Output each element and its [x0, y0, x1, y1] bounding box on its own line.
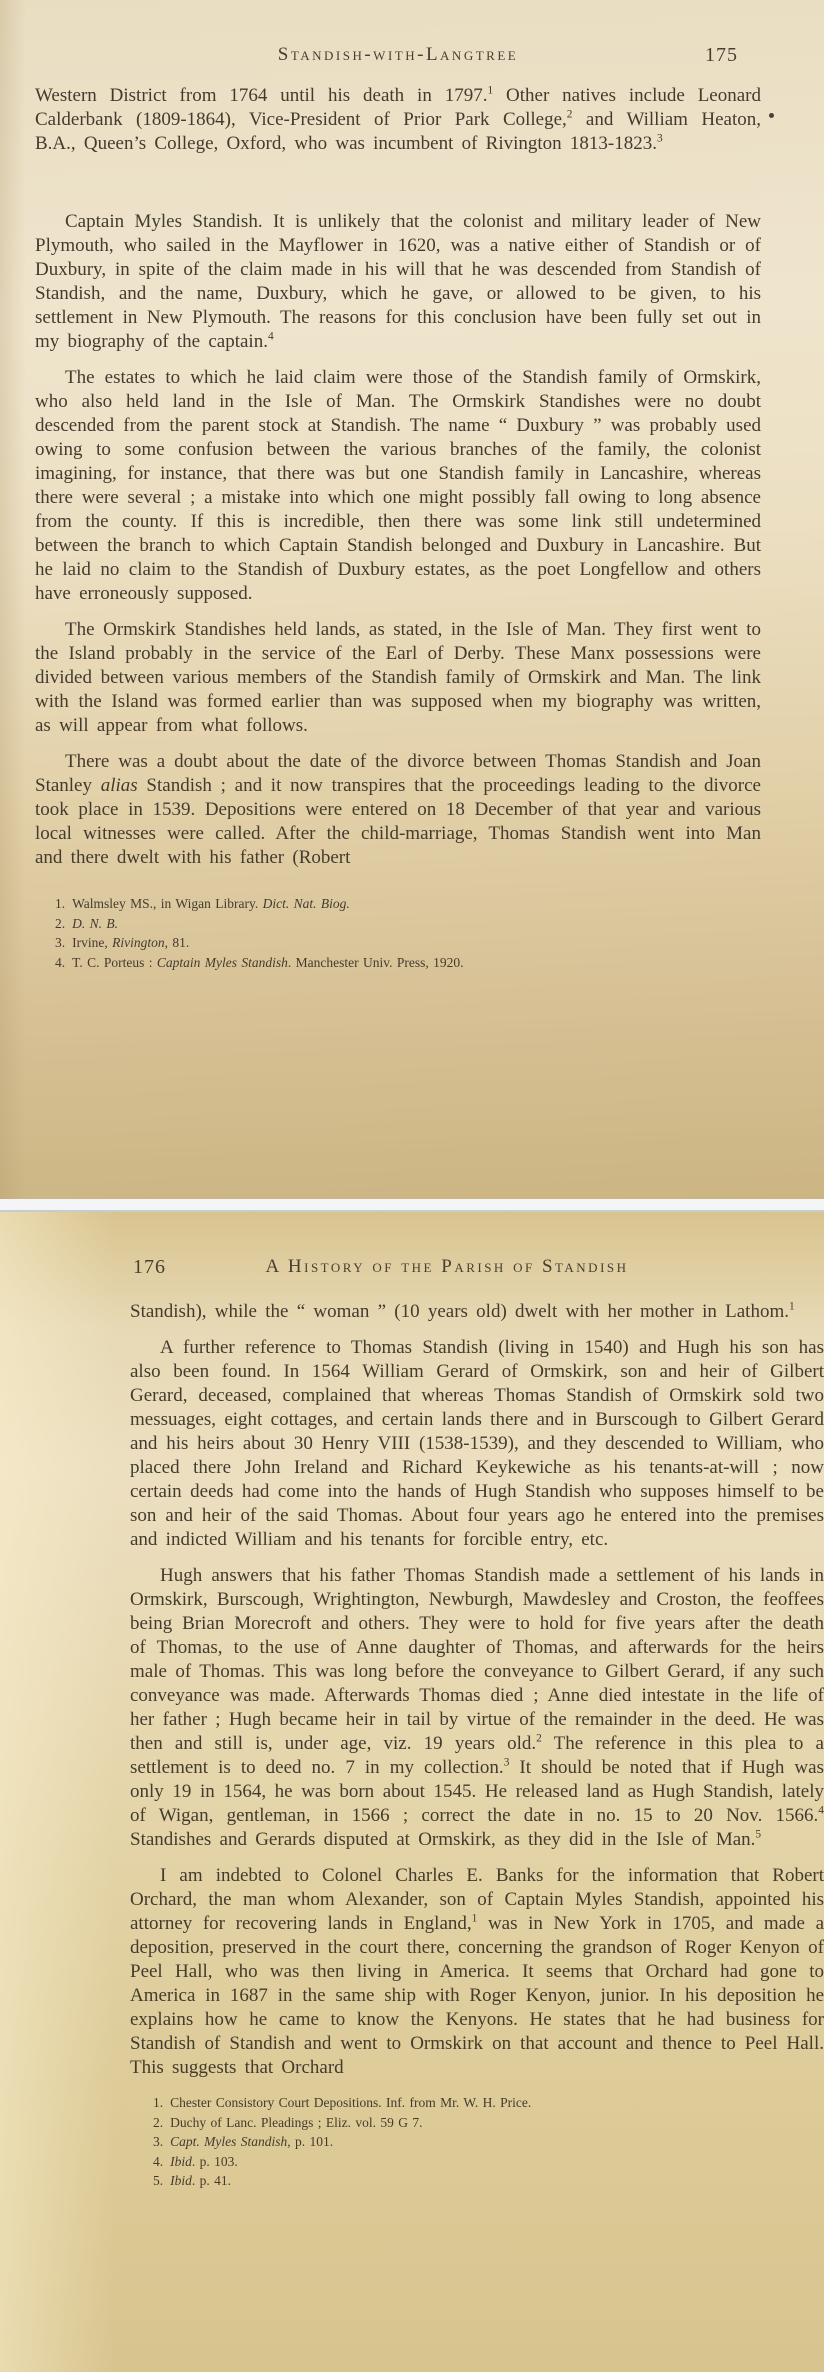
footnote: 2.D. N. B. [55, 914, 761, 934]
footnote-number: 3. [153, 2134, 163, 2149]
footnote-number: 3. [55, 935, 65, 950]
page-number: 176 [133, 1256, 166, 1279]
page-175: Standish-with-Langtree 175 Western Distr… [0, 0, 824, 1199]
footnote-number: 2. [153, 2115, 163, 2130]
page-separator [0, 1199, 824, 1212]
footnote: 4.T. C. Porteus : Captain Myles Standish… [55, 953, 761, 973]
paragraph: Standish), while the “ woman ” (10 years… [130, 1300, 824, 1324]
page-number: 175 [705, 44, 738, 67]
footnote: 4.Ibid. p. 103. [153, 2152, 824, 2172]
footnote-text: T. C. Porteus : Captain Myles Standish. … [72, 955, 463, 970]
running-head-title: Standish-with-Langtree [35, 44, 761, 66]
paragraph: The estates to which he laid claim were … [35, 366, 761, 606]
page-176: 176 A History of the Parish of Standish … [0, 1212, 824, 2372]
book-scan: Standish-with-Langtree 175 Western Distr… [0, 0, 824, 2372]
footnote: 1.Chester Consistory Court Depositions. … [153, 2093, 824, 2113]
paragraph: A further reference to Thomas Standish (… [130, 1336, 824, 1552]
footnotes: 1.Walmsley MS., in Wigan Library. Dict. … [35, 894, 761, 972]
footnote: 1.Walmsley MS., in Wigan Library. Dict. … [55, 894, 761, 914]
footnote-number: 2. [55, 916, 65, 931]
footnote-number: 5. [153, 2173, 163, 2188]
paragraph: I am indebted to Colonel Charles E. Bank… [130, 1864, 824, 2080]
running-head-title: A History of the Parish of Standish [265, 1256, 628, 1278]
footnote-number: 4. [55, 955, 65, 970]
page-body-text: Standish), while the “ woman ” (10 years… [130, 1300, 824, 2191]
footnote: 3.Irvine, Rivington, 81. [55, 933, 761, 953]
footnote-text: Chester Consistory Court Depositions. In… [170, 2095, 531, 2110]
paragraph: There was a doubt about the date of the … [35, 750, 761, 870]
footnote-number: 4. [153, 2154, 163, 2169]
footnote-number: 1. [153, 2095, 163, 2110]
page-body-text: Western District from 1764 until his dea… [35, 84, 761, 972]
footnotes: 1.Chester Consistory Court Depositions. … [130, 2093, 824, 2191]
ink-speck [769, 113, 774, 118]
paragraph: Western District from 1764 until his dea… [35, 84, 761, 156]
footnote-text: D. N. B. [72, 916, 118, 931]
footnote-text: Walmsley MS., in Wigan Library. Dict. Na… [72, 896, 350, 911]
footnote-text: Irvine, Rivington, 81. [72, 935, 189, 950]
footnote-text: Ibid. p. 41. [170, 2173, 231, 2188]
paragraph: The Ormskirk Standishes held lands, as s… [35, 618, 761, 738]
paragraph: Hugh answers that his father Thomas Stan… [130, 1564, 824, 1852]
footnote-number: 1. [55, 896, 65, 911]
footnote: 5.Ibid. p. 41. [153, 2171, 824, 2191]
footnote-text: Ibid. p. 103. [170, 2154, 238, 2169]
footnote: 2.Duchy of Lanc. Pleadings ; Eliz. vol. … [153, 2113, 824, 2133]
footnote-text: Duchy of Lanc. Pleadings ; Eliz. vol. 59… [170, 2115, 422, 2130]
paragraph: Captain Myles Standish. It is unlikely t… [35, 210, 761, 354]
footnote-text: Capt. Myles Standish, p. 101. [170, 2134, 333, 2149]
footnote: 3.Capt. Myles Standish, p. 101. [153, 2132, 824, 2152]
